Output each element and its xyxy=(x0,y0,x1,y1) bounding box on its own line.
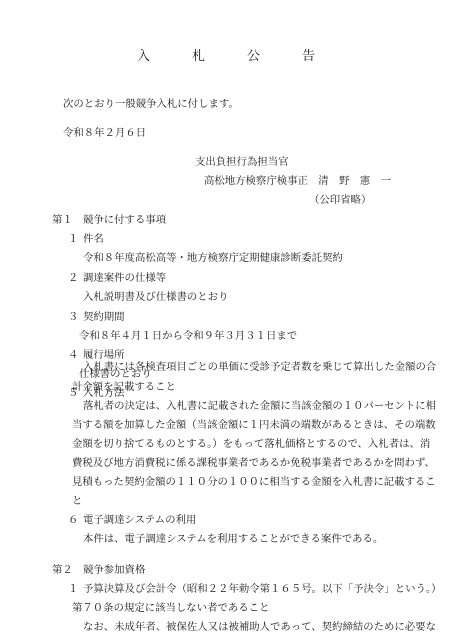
section2-number: 第２ xyxy=(52,563,73,577)
item-number: １ xyxy=(68,582,78,596)
item-number: ６ xyxy=(68,513,78,527)
item-body: 令和８年４月１日から令和９年３月３１日まで xyxy=(79,329,297,343)
item-label: 件名 xyxy=(83,232,104,246)
title-char: 公 xyxy=(247,50,260,64)
bid-method-line: 落札者の決定は、入札書に記載された金額に当該金額の１０パーセントに相 xyxy=(83,399,436,413)
bid-method-line: と xyxy=(72,494,82,508)
document-title: 入札公告 xyxy=(0,50,452,64)
qualification-line: 予算決算及び会計令（昭和２２年勅令第１６５号。以下「予決令」という。） xyxy=(83,582,441,596)
item-label: 電子調達システムの利用 xyxy=(83,513,196,527)
notice-date: 令和８年２月６日 xyxy=(63,126,146,140)
item-number: １ xyxy=(68,232,78,246)
issuer-role: 支出負担行為担当官 xyxy=(195,155,289,169)
qualification-line: 第７０条の規定に該当しない者であること xyxy=(72,601,269,615)
section2-heading: 競争参加資格 xyxy=(83,563,145,577)
title-char: 告 xyxy=(302,50,315,64)
bid-method-line: 金額を切り捨てるものとする。）をもって落札価格とするので、入札者は、消 xyxy=(72,437,430,451)
bid-method-line: 入札書には各検査項目ごとの単価に受診予定者数を乗じて算出した金額の合 xyxy=(83,360,436,374)
qualification-line: なお、未成年者、被保佐人又は被補助人であって、契約締結のために必要な xyxy=(83,620,436,634)
seal-note: （公印省略） xyxy=(309,193,371,207)
bid-method-line: 計金額を記載すること xyxy=(72,380,176,394)
item-label: 契約期間 xyxy=(83,310,125,324)
bid-method-line: 見積もった契約金額の１１０分の１００に相当する金額を入札書に記載するこ xyxy=(72,475,436,489)
item-label: 調達案件の仕様等 xyxy=(83,271,166,285)
item-body: 入札説明書及び仕様書のとおり xyxy=(83,290,228,304)
item-number: ２ xyxy=(68,271,78,285)
section1-number: 第１ xyxy=(52,213,73,227)
issuer-name: 高松地方検察庁検事正 清 野 憲 一 xyxy=(204,174,391,188)
title-char: 札 xyxy=(192,50,205,64)
section1-heading: 競争に付する事項 xyxy=(83,213,166,227)
intro-text: 次のとおり一般競争入札に付します。 xyxy=(63,97,239,111)
bid-method-line: 費税及び地方消費税に係る課税事業者であるか免税事業者であるかを問わず、 xyxy=(72,456,435,470)
bid-method-line: 当する額を加算した金額（当該金額に１円未満の端数があるときは、その端数 xyxy=(72,418,436,432)
item-number: ３ xyxy=(68,310,78,324)
item-body: 本件は、電子調達システムを利用することができる案件である。 xyxy=(83,532,383,546)
item-number: ４ xyxy=(68,348,78,362)
item-body: 令和８年度高松高等・地方検察庁定期健康診断委託契約 xyxy=(83,251,343,265)
title-char: 入 xyxy=(137,50,150,64)
